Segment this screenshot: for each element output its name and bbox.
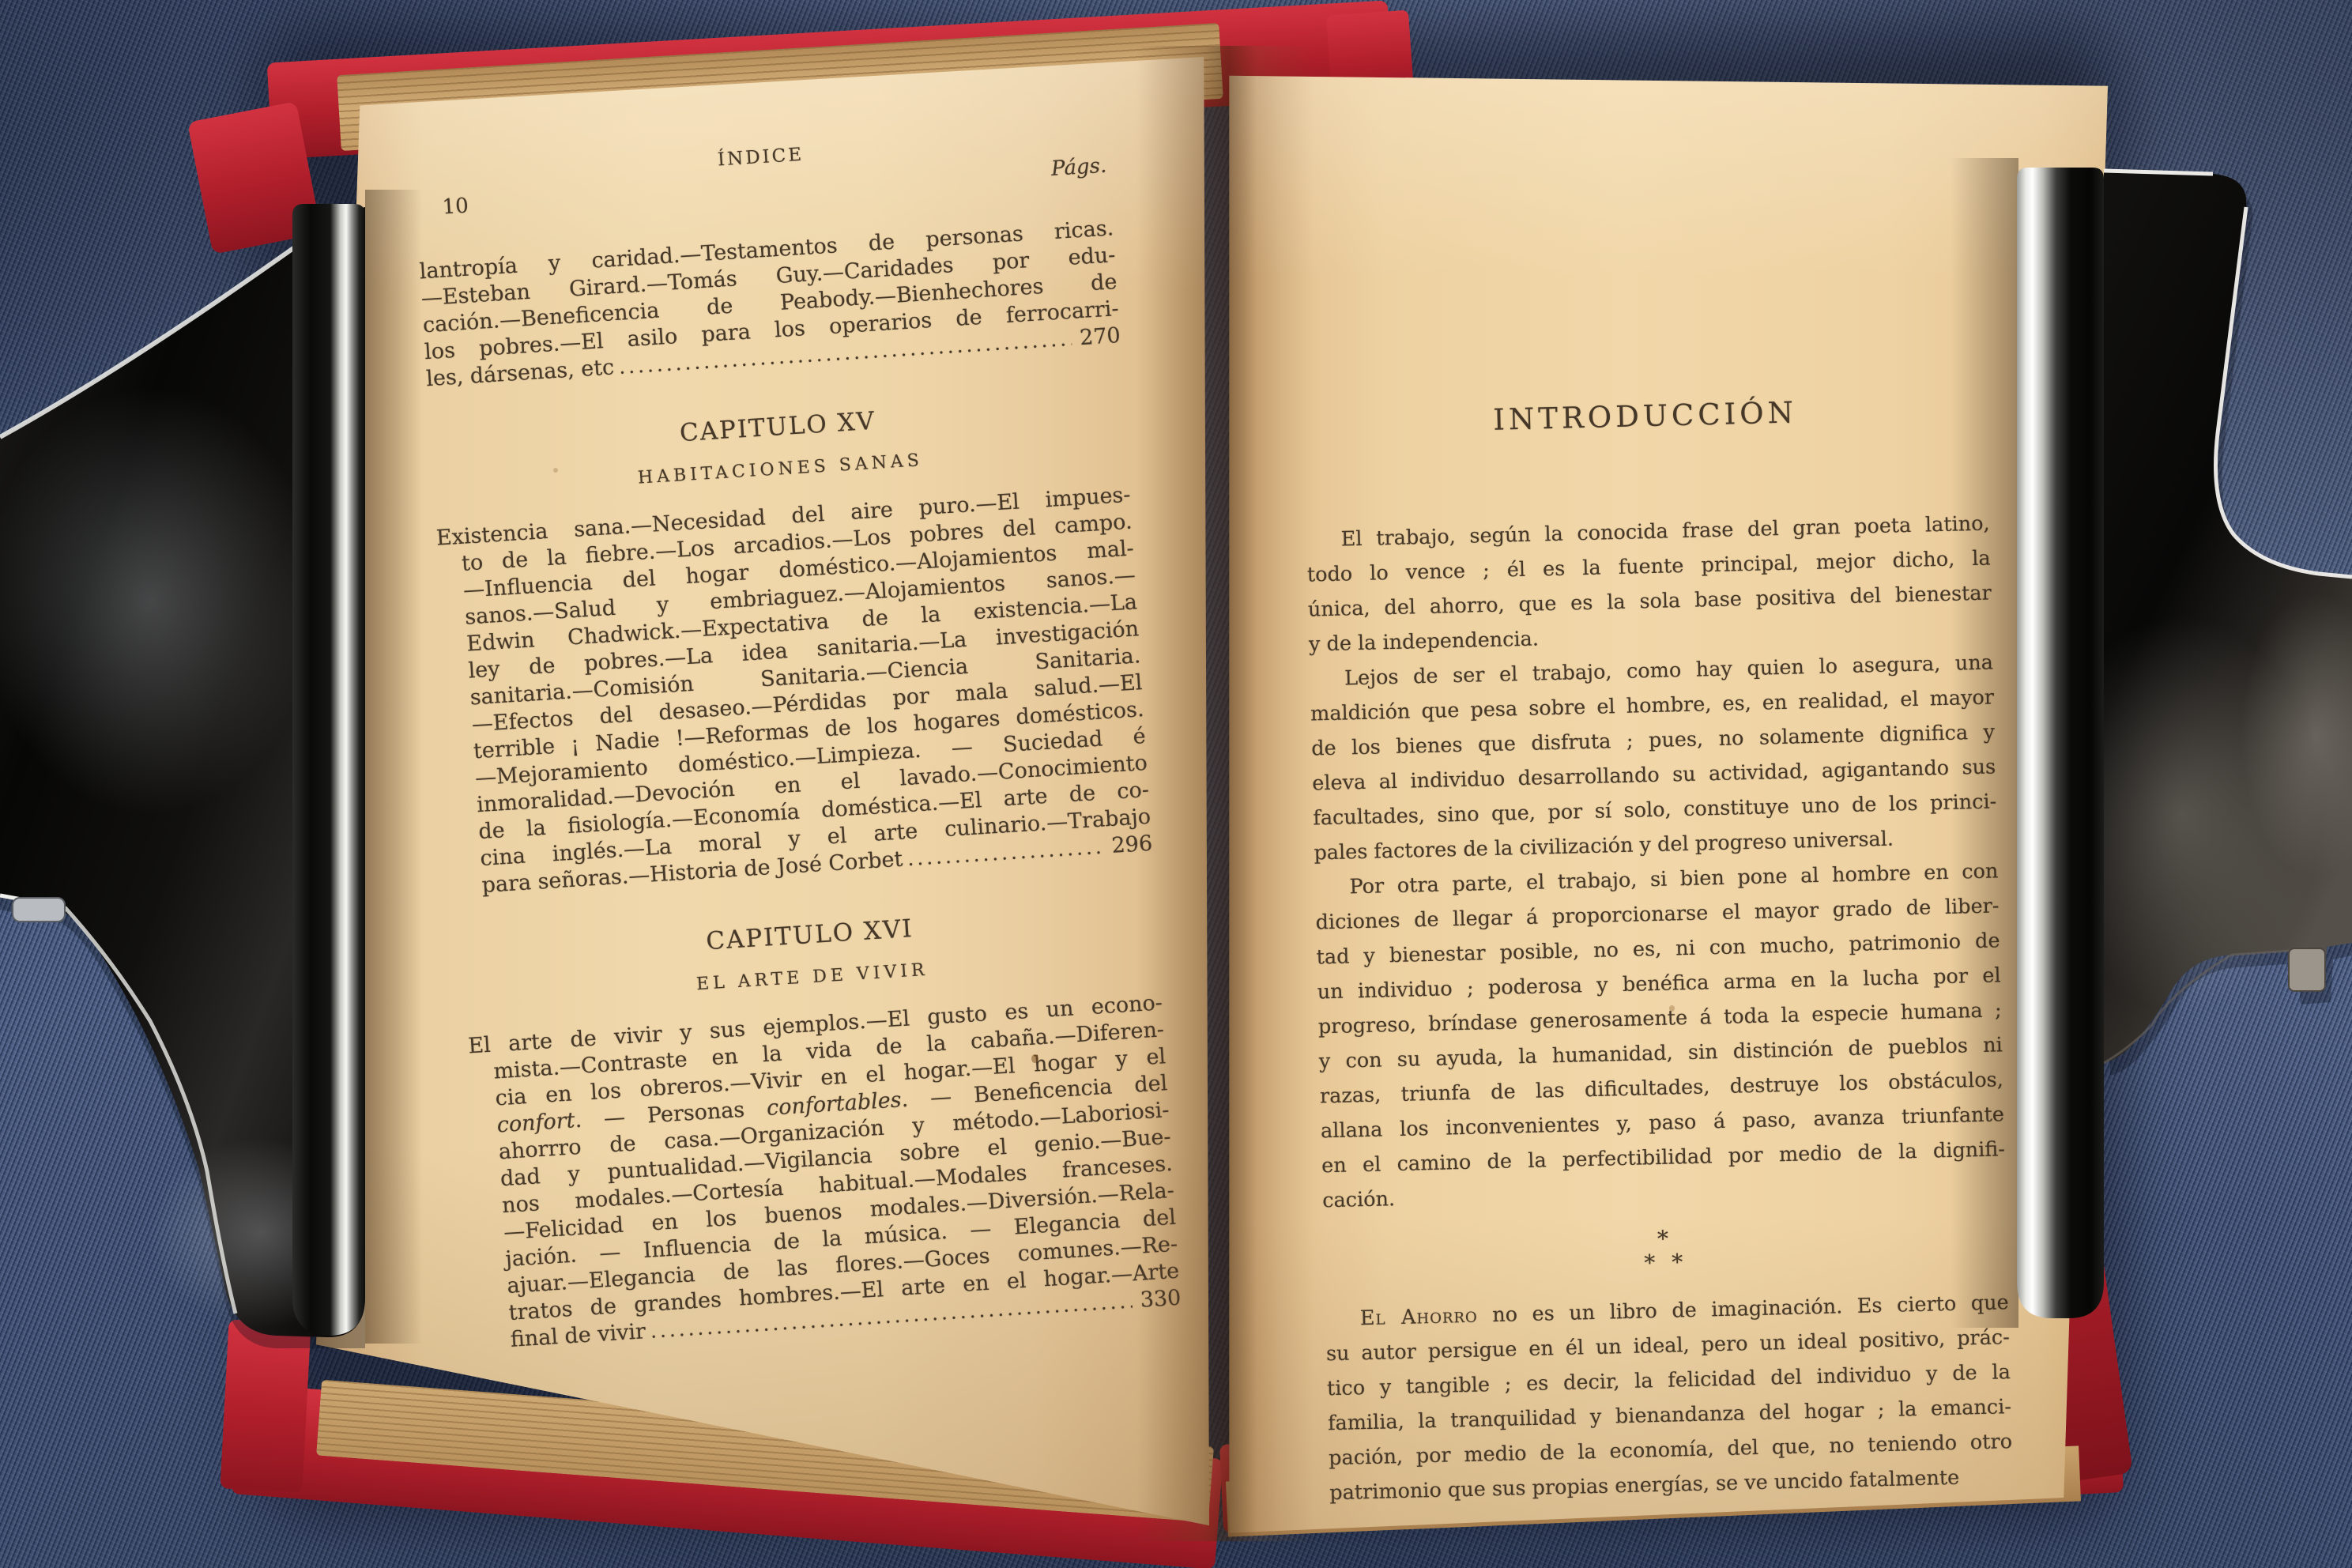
photo-open-book-scene: ÍNDICE 10 Págs. lantropía y caridad.—Tes…	[0, 0, 2352, 1568]
left-clamp-latch-tab	[13, 898, 65, 922]
right-clamp-bar	[2017, 168, 2104, 1318]
left-clamp-bar	[292, 204, 365, 1336]
right-clamp-latch-tab	[2289, 948, 2325, 991]
book-press-clamps	[0, 0, 2352, 1568]
